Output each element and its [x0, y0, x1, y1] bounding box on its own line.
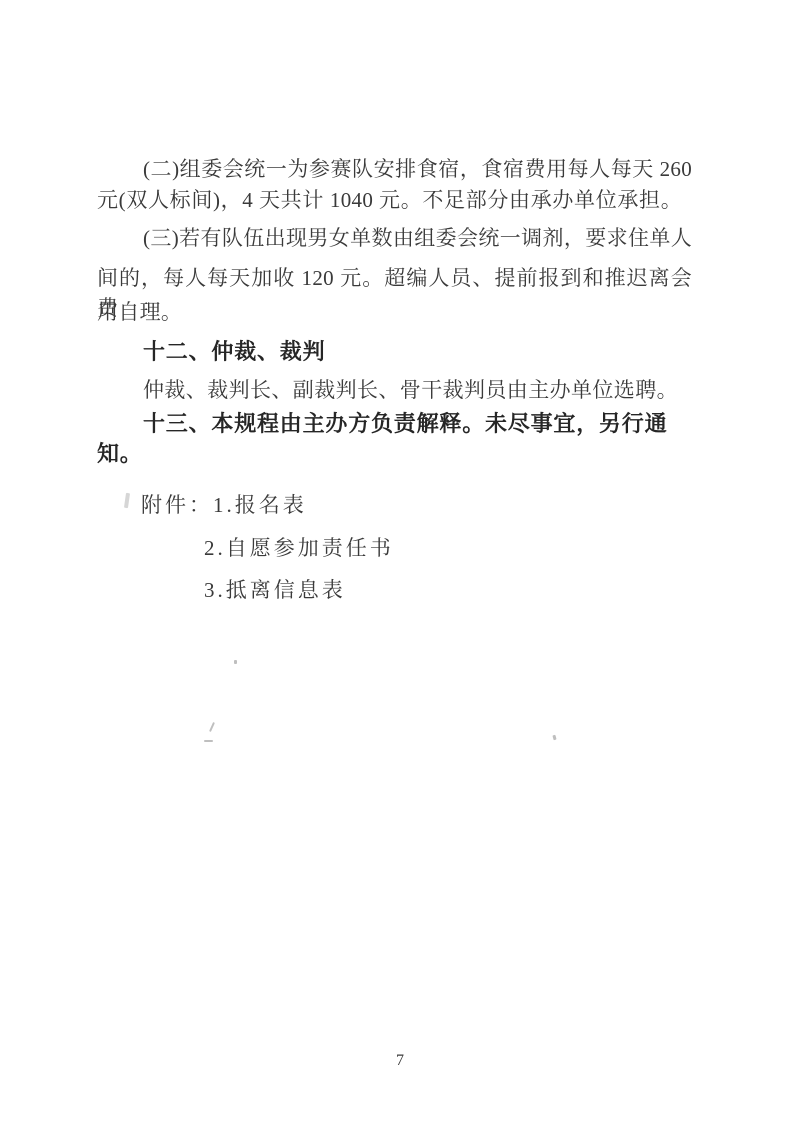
- page-number: 7: [0, 1052, 800, 1070]
- para-single-line-3: 用自理。: [97, 297, 692, 327]
- attachment-item-3: 3.抵离信息表: [204, 575, 346, 605]
- para-single-line-1: (三)若有队伍出现男女单数由组委会统一调剂，要求住单人: [97, 223, 692, 253]
- attachment-item-1: 附件：1.报名表: [141, 490, 307, 520]
- section-heading-12: 十二、仲裁、裁判: [97, 337, 692, 367]
- scan-speck: [552, 735, 556, 741]
- scan-speck: [209, 722, 215, 732]
- para-food-line-2: 元(双人标间)，4 天共计 1040 元。不足部分由承办单位承担。: [97, 185, 682, 215]
- scan-speck: [204, 740, 213, 742]
- para-food-line-1: (二)组委会统一为参赛队安排食宿，食宿费用每人每天 260: [97, 154, 692, 184]
- para-referee: 仲裁、裁判长、副裁判长、骨干裁判员由主办单位选聘。: [97, 375, 692, 405]
- section-heading-13: 十三、本规程由主办方负责解释。未尽事宜，另行通知。: [97, 409, 692, 469]
- document-page: (二)组委会统一为参赛队安排食宿，食宿费用每人每天 260 元(双人标间)，4 …: [0, 0, 800, 1132]
- scan-speck: [234, 660, 237, 664]
- attachment-item-2: 2.自愿参加责任书: [204, 533, 394, 563]
- scan-speck: [124, 493, 130, 508]
